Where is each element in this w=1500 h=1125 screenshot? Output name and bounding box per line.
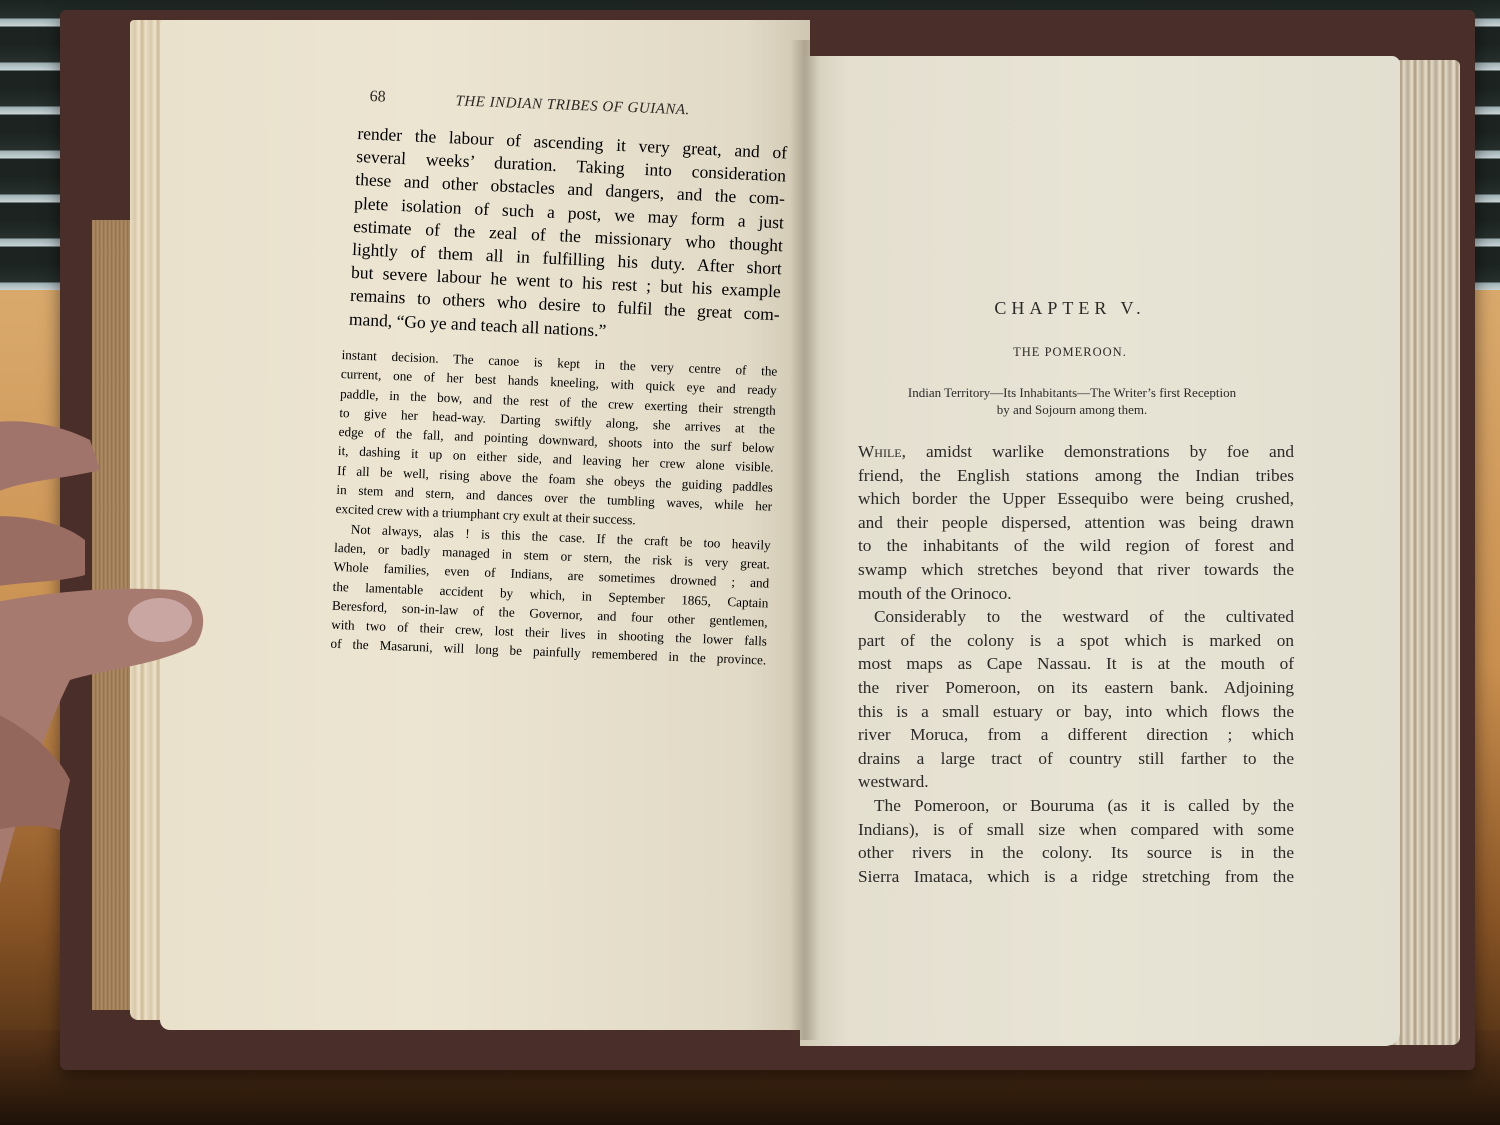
text-line: mouth of the Orinoco.: [858, 582, 1294, 606]
text-line: other rivers in the colony. Its source i…: [858, 841, 1294, 865]
synopsis-line: Indian Territory—Its Inhabitants—The Wri…: [860, 384, 1284, 401]
text-line: and their people dispersed, attention wa…: [858, 511, 1294, 535]
paragraph-3: The Pomeroon, or Bouruma (as it is calle…: [858, 794, 1294, 888]
page-number: 68: [369, 88, 386, 107]
synopsis-line: by and Sojourn among them.: [860, 401, 1284, 418]
text-line: friend, the English stations among the I…: [858, 464, 1294, 488]
text-line: While, amidst warlike demonstrations by …: [858, 440, 1294, 464]
text-line: which border the Upper Essequibo were be…: [858, 487, 1294, 511]
hand-holding-book: [0, 410, 260, 970]
chapter-subtitle: THE POMEROON.: [860, 345, 1280, 360]
right-page-body-text: While, amidst warlike demonstrations by …: [858, 440, 1294, 888]
text-line: westward.: [858, 770, 1294, 794]
paragraph-2: Considerably to the westward of the cult…: [858, 605, 1294, 794]
drop-word: While: [858, 442, 902, 461]
chapter-synopsis: Indian Territory—Its Inhabitants—The Wri…: [860, 384, 1284, 418]
text-line: Considerably to the westward of the cult…: [858, 605, 1294, 629]
text-line: drains a large tract of country still fa…: [858, 747, 1294, 771]
paragraph-1: While, amidst warlike demonstrations by …: [858, 440, 1294, 605]
text-line: most maps as Cape Nassau. It is at the m…: [858, 652, 1294, 676]
text-line: swamp which stretches beyond that river …: [858, 558, 1294, 582]
text-line: this is a small estuary or bay, into whi…: [858, 700, 1294, 724]
text-line: to the inhabitants of the wild region of…: [858, 534, 1294, 558]
left-page-footnote: instant decision. The canoe is kept in t…: [330, 345, 778, 670]
footnote-paragraph-2: Not always, alas ! is this the case. If …: [330, 519, 771, 671]
right-page-edges: [1390, 60, 1460, 1045]
footnote-paragraph-1: instant decision. The canoe is kept in t…: [335, 345, 777, 535]
text-line: Sierra Imataca, which is a ridge stretch…: [858, 865, 1294, 889]
text-line: part of the colony is a spot which is ma…: [858, 629, 1294, 653]
left-page-main-text: render the labour of ascending it very g…: [349, 122, 788, 350]
text-line: The Pomeroon, or Bouruma (as it is calle…: [858, 794, 1294, 818]
book-gutter: [790, 40, 820, 1040]
chapter-heading: CHAPTER V.: [860, 298, 1280, 319]
text-line: the river Pomeroon, on its eastern bank.…: [858, 676, 1294, 700]
text-line: Indians), is of small size when compared…: [858, 818, 1294, 842]
text-line: river Moruca, from a different direction…: [858, 723, 1294, 747]
